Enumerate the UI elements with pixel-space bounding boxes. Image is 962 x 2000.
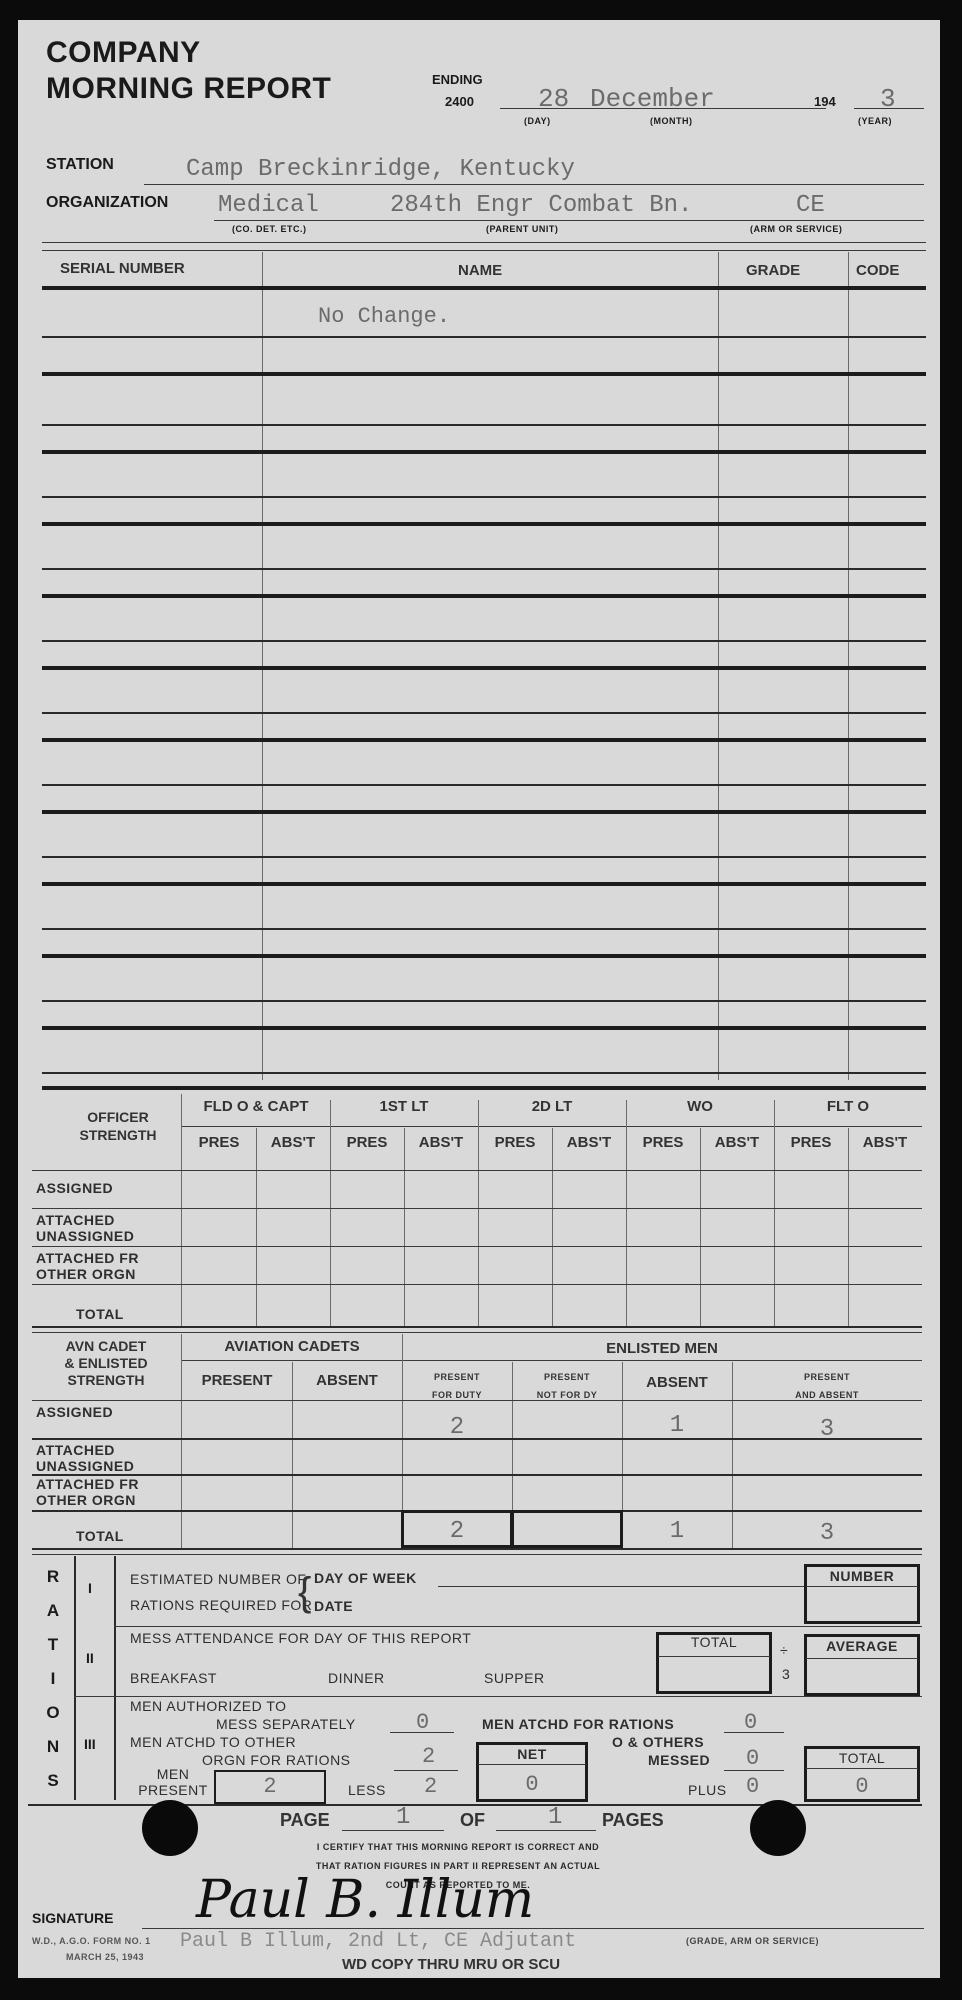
dinner-label: DINNER [328,1670,385,1686]
station-label: STATION [46,156,114,174]
ending-label: ENDING [432,72,483,87]
enlisted-row-assigned: ASSIGNED [36,1404,113,1420]
day-of-week-label: DAY OF WEEK [314,1570,417,1586]
breakfast-label: BREAKFAST [130,1670,217,1686]
label-line2: NOT FOR DY [512,1386,622,1404]
supper-label: SUPPER [484,1670,545,1686]
label-line1: ATTACHED [36,1442,134,1458]
part1-label: ESTIMATED NUMBER OF RATIONS REQUIRED FOR [130,1566,312,1618]
label-line1: PRESENT [732,1368,922,1386]
month-caption: (MONTH) [650,116,693,126]
label-line1: PRESENT [512,1368,622,1386]
group-enlisted-men: ENLISTED MEN [402,1340,922,1357]
form-number: W.D., A.G.O. FORM NO. 1 [32,1936,151,1946]
rations-side-label: R A T I O N S [32,1560,74,1798]
sub-pres: PRES [330,1134,404,1162]
organization-arm: CE [796,192,825,219]
punch-hole-right [750,1800,806,1856]
col-present-and-absent: PRESENT AND ABSENT [732,1368,922,1404]
grade-caption: (GRADE, ARM OR SERVICE) [686,1936,819,1946]
letter: S [32,1764,74,1798]
label-line1: ESTIMATED NUMBER OF [130,1566,312,1592]
letter: I [32,1662,74,1696]
col-em-absent: ABSENT [622,1374,732,1391]
mess-attendance-title: MESS ATTENDANCE FOR DAY OF THIS REPORT [130,1630,471,1646]
title-line2: & ENLISTED [36,1355,176,1372]
letter: A [32,1594,74,1628]
label-line2: OTHER ORGN [36,1492,139,1508]
sub-pres: PRES [478,1134,552,1162]
signature-label: SIGNATURE [32,1910,113,1926]
time-label: 2400 [445,94,474,109]
group-aviation-cadets: AVIATION CADETS [182,1338,402,1355]
men-present-value: 2 [214,1774,326,1799]
arm-caption: (ARM OR SERVICE) [750,224,842,234]
atchd-for-rations-value: 0 [744,1710,757,1735]
rations-total-value: 0 [804,1774,920,1799]
pages-label: PAGES [602,1810,664,1831]
col-serial-number: SERIAL NUMBER [60,260,185,277]
letter: T [32,1628,74,1662]
form-title-line2: MORNING REPORT [46,72,331,106]
sub-abst: ABS'T [552,1134,626,1162]
total-absent: 1 [622,1518,732,1545]
label-line1: ATTACHED FR [36,1250,139,1266]
signature: Paul B. Illum [196,1870,534,1930]
report-year-digit: 3 [880,84,896,114]
label-line2: OTHER ORGN [36,1266,139,1282]
form-date: MARCH 25, 1943 [66,1952,144,1962]
label-line1: ATTACHED [36,1212,134,1228]
sub-pres: PRES [774,1134,848,1162]
part3-numeral: III [84,1736,96,1752]
col-cadet-present: PRESENT [182,1372,292,1389]
letter: R [32,1560,74,1594]
average-label: AVERAGE [804,1638,920,1654]
certify-line1: I CERTIFY THAT THIS MORNING REPORT IS CO… [218,1838,698,1857]
morning-report-form: COMPANY MORNING REPORT ENDING 2400 28 De… [18,20,940,1978]
number-label: NUMBER [804,1568,920,1584]
o-others-line1: O & OTHERS [612,1734,704,1750]
typed-name-grade: Paul B Illum, 2nd Lt, CE Adjutant [180,1930,576,1953]
less-value: 2 [424,1774,437,1799]
enlisted-row-attached-fr-other: ATTACHED FR OTHER ORGN [36,1476,139,1508]
letter: O [32,1696,74,1730]
atchd-other-line1: MEN ATCHD TO OTHER [130,1734,296,1750]
less-label: LESS [348,1782,386,1798]
organization-unit: Medical [218,192,319,219]
mess-total-label: TOTAL [656,1634,772,1650]
report-month: December [590,84,715,114]
net-label: NET [476,1746,588,1762]
plus-value: 0 [746,1774,759,1799]
title-line1: AVN CADET [36,1338,176,1355]
unit-caption: (CO. DET. ETC.) [232,224,307,234]
sub-pres: PRES [626,1134,700,1162]
officer-strength-title: OFFICER STRENGTH [48,1108,188,1144]
page-number: 1 [396,1804,410,1831]
copy-note: WD COPY THRU MRU OR SCU [342,1956,560,1973]
year-prefix: 194 [814,94,836,109]
atchd-for-rations-label: MEN ATCHD FOR RATIONS [482,1716,674,1732]
parent-unit-caption: (PARENT UNIT) [486,224,558,234]
officer-row-total: TOTAL [76,1306,124,1322]
station-value: Camp Breckinridge, Kentucky [186,156,575,183]
col-present-not-for-duty: PRESENT NOT FOR DY [512,1368,622,1404]
assigned-absent: 1 [622,1412,732,1439]
plus-label: PLUS [688,1782,727,1798]
label-line2: AND ABSENT [732,1386,922,1404]
atchd-other-value: 2 [422,1744,435,1769]
total-present-for-duty: 2 [402,1518,512,1545]
men-present-label: MEN PRESENT [118,1766,228,1798]
group-flt-o: FLT O [774,1098,922,1126]
brace-icon: { [298,1568,311,1616]
label-line1: ATTACHED FR [36,1476,139,1492]
page-label: PAGE [280,1810,330,1831]
total-present-and-absent: 3 [732,1520,922,1547]
o-others-value: 0 [746,1746,759,1771]
label-line2: FOR DUTY [402,1386,512,1404]
organization-label: ORGANIZATION [46,194,168,212]
group-wo: WO [626,1098,774,1126]
officer-strength-title-line2: STRENGTH [48,1126,188,1144]
label-line1: PRESENT [402,1368,512,1386]
rations-total-label: TOTAL [804,1750,920,1766]
sub-abst: ABS'T [848,1134,922,1162]
label-line1: MEN [118,1766,228,1782]
o-others-line2: MESSED [648,1752,710,1768]
col-name: NAME [458,262,502,279]
day-caption: (DAY) [524,116,551,126]
report-day: 28 [538,84,569,114]
group-1st-lt: 1ST LT [330,1098,478,1126]
date-label: DATE [314,1598,353,1614]
letter: N [32,1730,74,1764]
divide-icon: ÷ [780,1642,788,1658]
col-present-for-duty: PRESENT FOR DUTY [402,1368,512,1404]
officer-strength-title-line1: OFFICER [48,1108,188,1126]
personnel-entry-name: No Change. [318,304,450,329]
officer-row-attached-unassigned: ATTACHED UNASSIGNED [36,1212,134,1244]
auth-mess-line1: MEN AUTHORIZED TO [130,1698,287,1714]
enlisted-strength-title: AVN CADET & ENLISTED STRENGTH [36,1338,176,1389]
label-line2: RATIONS REQUIRED FOR [130,1592,312,1618]
label-line2: UNASSIGNED [36,1458,134,1474]
year-caption: (YEAR) [858,116,892,126]
auth-mess-line2: MESS SEPARATELY [216,1716,356,1732]
divide-by-value: 3 [782,1666,790,1682]
sub-abst: ABS'T [700,1134,774,1162]
form-title-line1: COMPANY [46,36,201,70]
officer-row-assigned: ASSIGNED [36,1180,113,1196]
sub-pres: PRES [182,1134,256,1162]
col-code: CODE [856,262,899,279]
of-label: OF [460,1810,485,1831]
organization-parent-unit: 284th Engr Combat Bn. [390,192,692,219]
part2-numeral: II [86,1650,94,1666]
net-value: 0 [476,1772,588,1797]
total-pages: 1 [548,1804,562,1831]
officer-groups: FLD O & CAPT 1ST LT 2D LT WO FLT O [182,1098,922,1126]
auth-mess-value: 0 [416,1710,429,1735]
title-line3: STRENGTH [36,1372,176,1389]
enlisted-row-total: TOTAL [76,1528,124,1544]
group-2d-lt: 2D LT [478,1098,626,1126]
sub-abst: ABS'T [404,1134,478,1162]
col-grade: GRADE [746,262,800,279]
col-cadet-absent: ABSENT [292,1372,402,1389]
enlisted-row-attached-unassigned: ATTACHED UNASSIGNED [36,1442,134,1474]
officer-row-attached-fr-other: ATTACHED FR OTHER ORGN [36,1250,139,1282]
group-fld-o-capt: FLD O & CAPT [182,1098,330,1126]
total-present-not-for-duty-box [511,1510,623,1548]
assigned-present-for-duty: 2 [402,1414,512,1441]
part1-numeral: I [88,1580,92,1596]
sub-abst: ABS'T [256,1134,330,1162]
label-line2: PRESENT [118,1782,228,1798]
punch-hole-left [142,1800,198,1856]
label-line2: UNASSIGNED [36,1228,134,1244]
